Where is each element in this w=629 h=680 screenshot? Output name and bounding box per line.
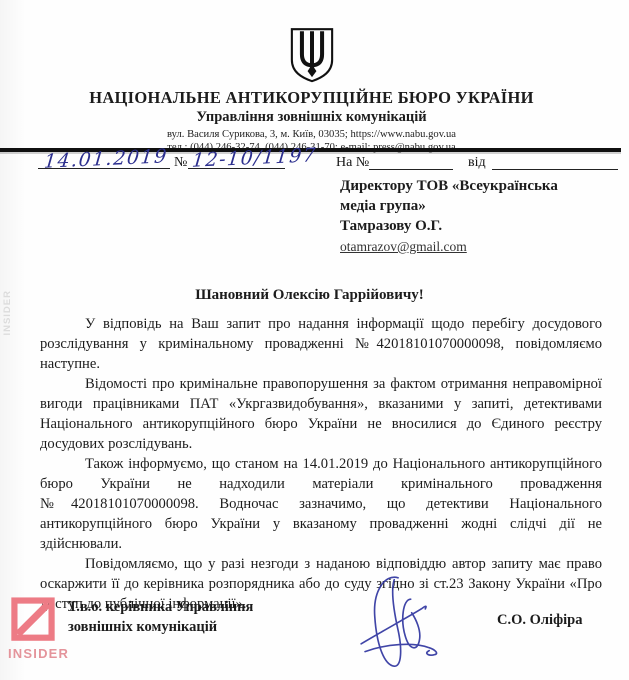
org-name: НАЦІОНАЛЬНЕ АНТИКОРУПЦІЙНЕ БЮРО УКРАЇНИ bbox=[0, 88, 623, 107]
recipient-block: Директору ТОВ «Всеукраїнська медіа група… bbox=[340, 176, 558, 257]
recipient-line: медіа група» bbox=[340, 196, 558, 216]
letterhead: НАЦІОНАЛЬНЕ АНТИКОРУПЦІЙНЕ БЮРО УКРАЇНИ … bbox=[0, 26, 623, 154]
department-name: Управління зовнішніх комунікацій bbox=[0, 109, 623, 126]
address-line: вул. Василя Сурикова, 3, м. Київ, 03035;… bbox=[0, 129, 623, 141]
signoff-name: С.О. Оліфіра bbox=[497, 612, 582, 629]
recipient-line: Тамразову О.Г. bbox=[340, 216, 558, 236]
recipient-email: otamrazov@gmail.com bbox=[340, 237, 558, 257]
side-watermark-text: INSIDER bbox=[2, 290, 13, 336]
signoff-position-line: Т.в.о. керівника Управління bbox=[68, 597, 253, 617]
insider-square-slash-icon bbox=[10, 596, 56, 644]
outgoing-number-label: № bbox=[174, 155, 187, 171]
signoff-position: Т.в.о. керівника Управління зовнішніх ко… bbox=[68, 597, 253, 637]
incoming-blank-line bbox=[369, 169, 453, 170]
insider-logo: INSIDER bbox=[8, 596, 78, 661]
letter-body: У відповідь на Ваш запит про надання інф… bbox=[40, 314, 602, 614]
body-paragraph: Відомості про кримінальне правопорушення… bbox=[40, 374, 602, 454]
from-blank-line bbox=[492, 169, 618, 170]
body-paragraph: Також інформуємо, що станом на 14.01.201… bbox=[40, 454, 602, 554]
recipient-line: Директору ТОВ «Всеукраїнська bbox=[340, 176, 558, 196]
from-date-label: від bbox=[468, 155, 486, 171]
body-paragraph: У відповідь на Ваш запит про надання інф… bbox=[40, 314, 602, 374]
insider-logo-text: INSIDER bbox=[8, 646, 78, 661]
handwritten-number: 12-10/1197 bbox=[191, 144, 318, 172]
signoff-position-line: зовнішніх комунікацій bbox=[68, 617, 253, 637]
salutation: Шановний Олексію Гаррійовичу! bbox=[0, 287, 619, 304]
scanned-letter-page: НАЦІОНАЛЬНЕ АНТИКОРУПЦІЙНЕ БЮРО УКРАЇНИ … bbox=[0, 0, 629, 680]
incoming-number-label: На № bbox=[336, 155, 369, 171]
handwritten-signature-icon bbox=[357, 570, 445, 672]
ukraine-trident-icon bbox=[286, 26, 338, 84]
